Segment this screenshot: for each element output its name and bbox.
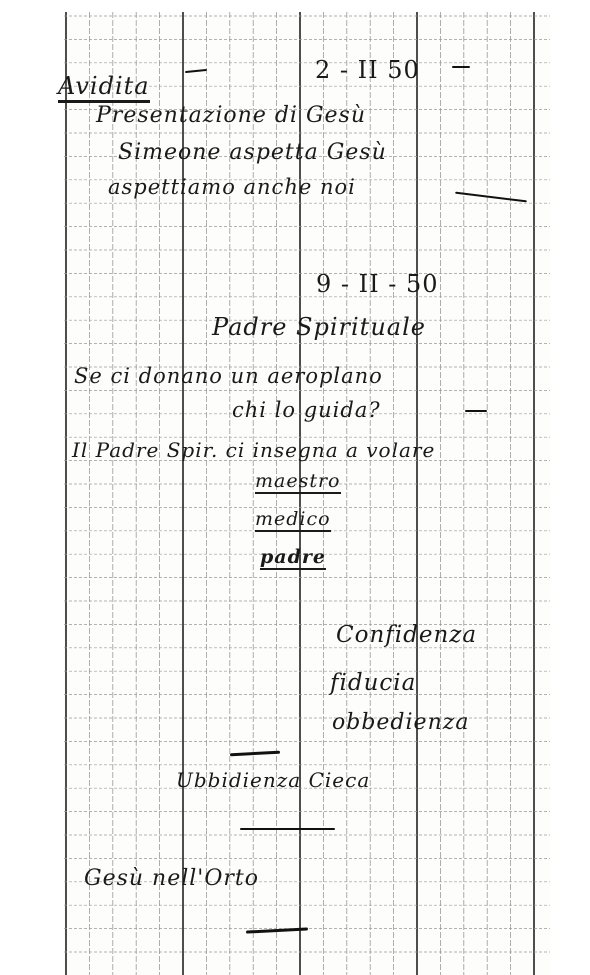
entry-1-date: 2 - II 50: [315, 56, 420, 84]
entry-2-line-1: Se ci donano un aeroplano: [74, 364, 383, 388]
list-item-medico: medico: [255, 508, 331, 532]
entry-2-line-2: chi lo guida?: [232, 398, 381, 422]
entry-1-line-2: Simeone aspetta Gesù: [118, 140, 387, 165]
question-dash: [465, 410, 487, 412]
heading-avidita: Avidita: [58, 72, 150, 103]
virtue-fiducia: fiducia: [330, 670, 416, 696]
closing-ubbidienza-cieca: Ubbidienza Cieca: [176, 768, 370, 792]
date-dash: [452, 66, 470, 68]
virtue-confidenza: Confidenza: [336, 622, 477, 648]
entry-2-date: 9 - II - 50: [316, 270, 439, 298]
virtue-obbedienza: obbedienza: [332, 710, 469, 735]
entry-1-line-3: aspettiamo anche noi: [108, 175, 356, 199]
entry-2-title: Padre Spirituale: [212, 313, 426, 341]
list-item-padre: padre: [260, 546, 326, 570]
list-item-maestro: maestro: [255, 470, 341, 494]
entry-1-line-1: Presentazione di Gesù: [96, 103, 366, 128]
closing-gesu-nell-orto: Gesù nell'Orto: [84, 866, 259, 891]
separator-2: [240, 828, 335, 830]
entry-2-line-3: Il Padre Spir. ci insegna a volare: [72, 438, 435, 462]
